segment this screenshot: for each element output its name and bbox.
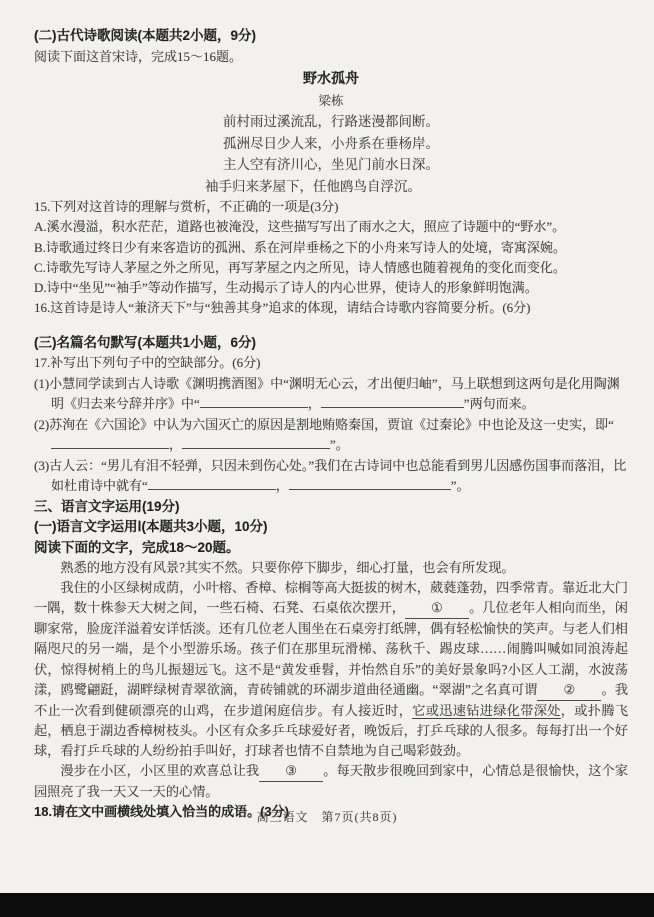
question-15-option-a: A.溪水漫溢，积水茫茫，道路也被淹没，这些描写写出了雨水之大，照应了诗题中的“野… (34, 217, 628, 237)
passage-paragraph-1: 熟悉的地方没有风景?其实不然。只要你停下脚步，细心打量，也会有所发现。 (34, 558, 628, 578)
page-content: (二)古代诗歌阅读(本题共2小题，9分) 阅读下面这首宋诗，完成15～16题。 … (0, 0, 654, 823)
section-heading-dictation: (三)名篇名句默写(本题共1小题，6分) (34, 333, 628, 354)
exam-page: (二)古代诗歌阅读(本题共2小题，9分) 阅读下面这首宋诗，完成15～16题。 … (0, 0, 654, 917)
poem-line: 前村雨过溪流乱，行路迷漫都间断。 (34, 111, 628, 133)
reading-intro: 阅读下面的文字，完成18～20题。 (34, 538, 628, 559)
page-footer: 高三语文 第7页(共8页) (0, 808, 654, 825)
question-16: 16.这首诗是诗人“兼济天下”与“独善其身”追求的体现，请结合诗歌内容简要分析。… (34, 298, 628, 318)
section-heading-language: 三、语言文字运用(19分) (34, 497, 628, 518)
answer-blank (289, 477, 451, 490)
question-15-option-d: D.诗中“坐见”“袖手”等动作描写，生动揭示了诗人的内心世界，使诗人的形象鲜明饱… (34, 278, 628, 298)
underlined-phrase: 它或迅速钻进绿化带深处 (412, 703, 561, 718)
question-17-item-1: (1)小慧同学读到古人诗歌《渊明携酒图》中“渊明无心云，才出便归岫”，马上联想到… (34, 374, 628, 415)
passage-paragraph-2: 我住的小区绿树成荫，小叶榕、香樟、棕榈等高大挺拔的树木，葳蕤蓬勃，四季常青。靠近… (34, 578, 628, 761)
question-17-stem: 17.补写出下列句子中的空缺部分。(6分) (34, 353, 628, 373)
item-text: ， (169, 437, 182, 452)
question-17-item-3: (3)古人云：“男儿有泪不轻弹，只因未到伤心处。”我们在古诗词中也总能看到男儿因… (34, 456, 628, 497)
answer-blank (148, 477, 276, 490)
numbered-blank-3: ③ (259, 761, 323, 782)
section-heading-poetry: (二)古代诗歌阅读(本题共2小题，9分) (34, 26, 628, 47)
answer-blank (51, 436, 169, 449)
question-17-item-2: (2)苏洵在《六国论》中认为六国灭亡的原因是割地贿赂秦国，贾谊《过秦论》中也论及… (34, 415, 628, 456)
answer-blank (321, 395, 464, 408)
item-text: ， (276, 478, 289, 493)
item-text: ， (308, 396, 321, 411)
poem-line: 孤洲尽日少人来，小舟系在垂杨岸。 (34, 133, 628, 155)
poem-author: 梁栋 (34, 91, 628, 111)
scan-black-band (0, 893, 654, 917)
numbered-blank-2: ② (537, 680, 601, 701)
question-15-option-c: C.诗歌先写诗人茅屋之外之所见，再写茅屋之内之所见，诗人情感也随着视角的变化而变… (34, 258, 628, 278)
answer-blank (200, 395, 308, 408)
poem-line: 袖手归来茅屋下，任他鸥鸟自浮沉。 (16, 176, 610, 198)
item-text: ”。 (451, 478, 470, 493)
question-15-stem: 15.下列对这首诗的理解与赏析，不正确的一项是(3分) (34, 197, 628, 217)
item-text: (2)苏洵在《六国论》中认为六国灭亡的原因是割地贿赂秦国，贾谊《过秦论》中也论及… (34, 417, 614, 432)
passage-text: 漫步在小区，小区里的欢喜总让我 (60, 763, 259, 778)
poetry-intro: 阅读下面这首宋诗，完成15～16题。 (34, 47, 628, 68)
poem-line: 主人空有济川心，坐见门前水日深。 (34, 154, 628, 176)
answer-blank (182, 436, 330, 449)
question-15-option-b: B.诗歌通过终日少有来客造访的孤洲、系在河岸垂杨之下的小舟来写诗人的处境，寄寓深… (34, 238, 628, 258)
subsection-heading-language1: (一)语言文字运用Ⅰ(本题共3小题，10分) (34, 517, 628, 538)
poem-block: 野水孤舟 梁栋 前村雨过溪流乱，行路迷漫都间断。 孤洲尽日少人来，小舟系在垂杨岸… (34, 69, 628, 197)
item-text: ”。 (330, 437, 349, 452)
numbered-blank-1: ① (405, 598, 469, 619)
poem-title: 野水孤舟 (34, 69, 628, 91)
item-text: ”两句而来。 (464, 396, 535, 411)
passage-paragraph-3: 漫步在小区，小区里的欢喜总让我③。每天散步很晚回到家中，心情总是很愉快，这个家园… (34, 761, 628, 802)
